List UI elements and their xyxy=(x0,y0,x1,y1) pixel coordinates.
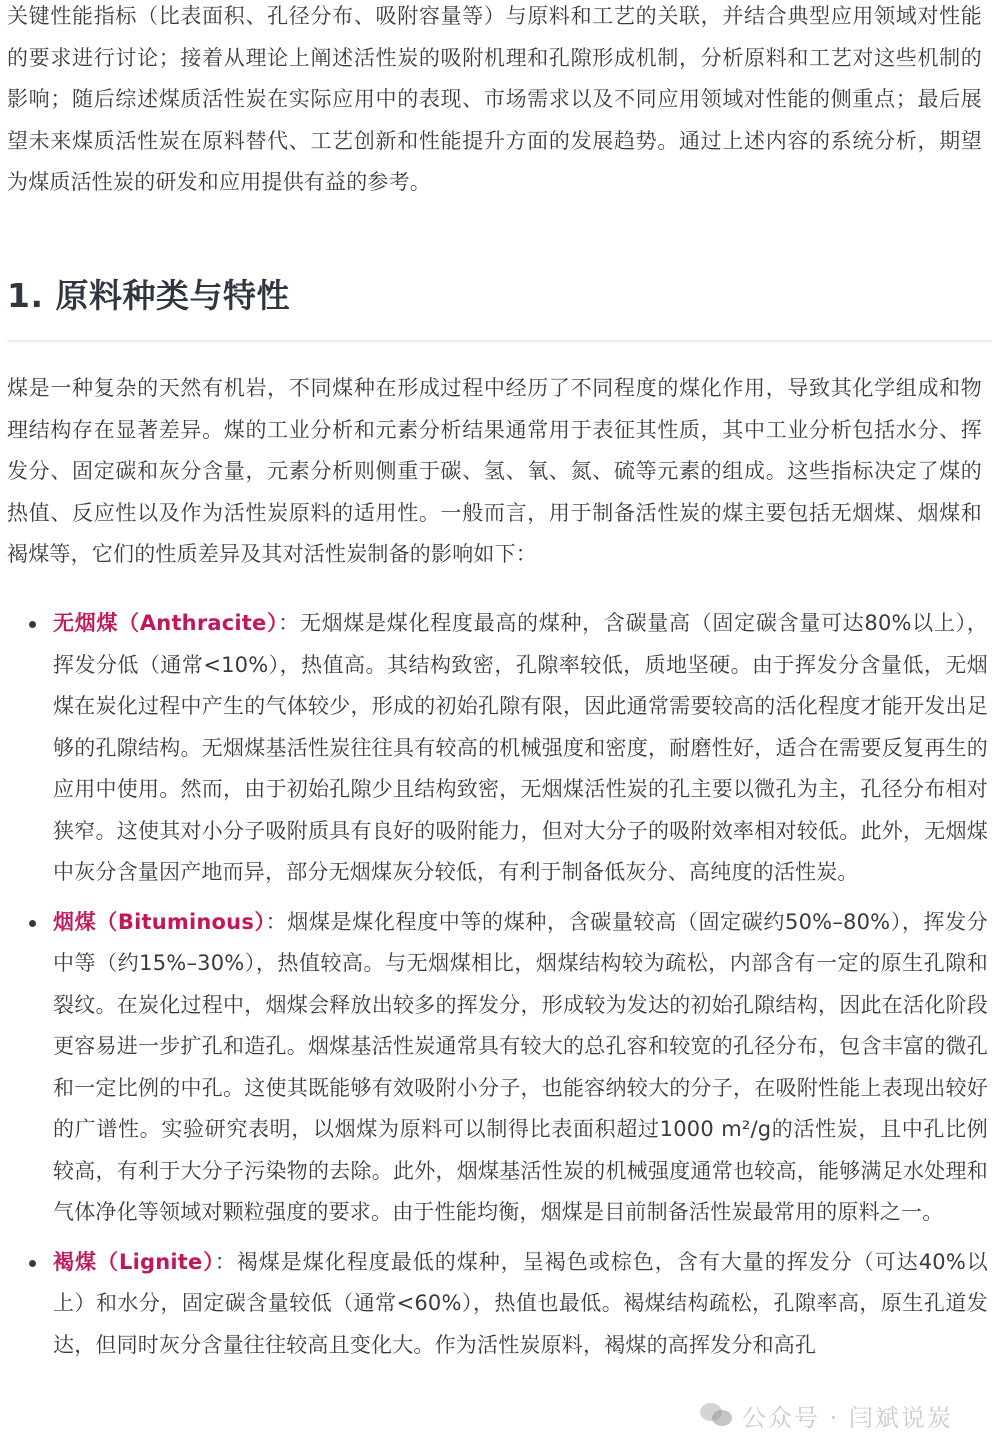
section-heading: 1. 原料种类与特性 xyxy=(7,270,290,317)
item-description: 无烟煤是煤化程度最高的煤种，含碳量高（固定碳含量可达80%以上），挥发分低（通常… xyxy=(53,611,988,884)
wechat-icon xyxy=(700,1403,734,1429)
list-item-lignite: 褐煤（Lignite）：褐煤是煤化程度最低的煤种，呈褐色或棕色，含有大量的挥发分… xyxy=(7,1242,992,1367)
list-item-bituminous: 烟煤（Bituminous）：烟煤是煤化程度中等的煤种，含碳量较高（固定碳约50… xyxy=(7,902,992,1234)
term-label: 无烟煤（Anthracite） xyxy=(53,611,278,635)
watermark: 公众号 · 闫斌说炭 xyxy=(700,1398,953,1433)
bullet-icon xyxy=(29,621,36,628)
list-item-text: 烟煤（Bituminous）：烟煤是煤化程度中等的煤种，含碳量较高（固定碳约50… xyxy=(53,902,988,1234)
bullet-icon xyxy=(29,1260,36,1267)
bullet-icon xyxy=(29,920,36,927)
term-separator: ： xyxy=(266,910,288,934)
watermark-text: 公众号 · 闫斌说炭 xyxy=(742,1398,953,1433)
list-item-text: 褐煤（Lignite）：褐煤是煤化程度最低的煤种，呈褐色或棕色，含有大量的挥发分… xyxy=(53,1242,988,1367)
section-divider xyxy=(7,340,992,342)
item-description: 烟煤是煤化程度中等的煤种，含碳量较高（固定碳约50%–80%），挥发分中等（约1… xyxy=(53,910,988,1225)
coal-type-list: 无烟煤（Anthracite）：无烟煤是煤化程度最高的煤种，含碳量高（固定碳含量… xyxy=(7,603,992,1374)
list-item-text: 无烟煤（Anthracite）：无烟煤是煤化程度最高的煤种，含碳量高（固定碳含量… xyxy=(53,603,988,894)
term-separator: ： xyxy=(215,1250,237,1274)
intro-paragraph: 关键性能指标（比表面积、孔径分布、吸附容量等）与原料和工艺的关联，并结合典型应用… xyxy=(7,0,982,204)
term-label: 褐煤（Lignite） xyxy=(53,1250,215,1274)
term-separator: ： xyxy=(278,611,300,635)
section-paragraph: 煤是一种复杂的天然有机岩，不同煤种在形成过程中经历了不同程度的煤化作用，导致其化… xyxy=(7,368,982,576)
list-item-anthracite: 无烟煤（Anthracite）：无烟煤是煤化程度最高的煤种，含碳量高（固定碳含量… xyxy=(7,603,992,894)
term-label: 烟煤（Bituminous） xyxy=(53,910,266,934)
